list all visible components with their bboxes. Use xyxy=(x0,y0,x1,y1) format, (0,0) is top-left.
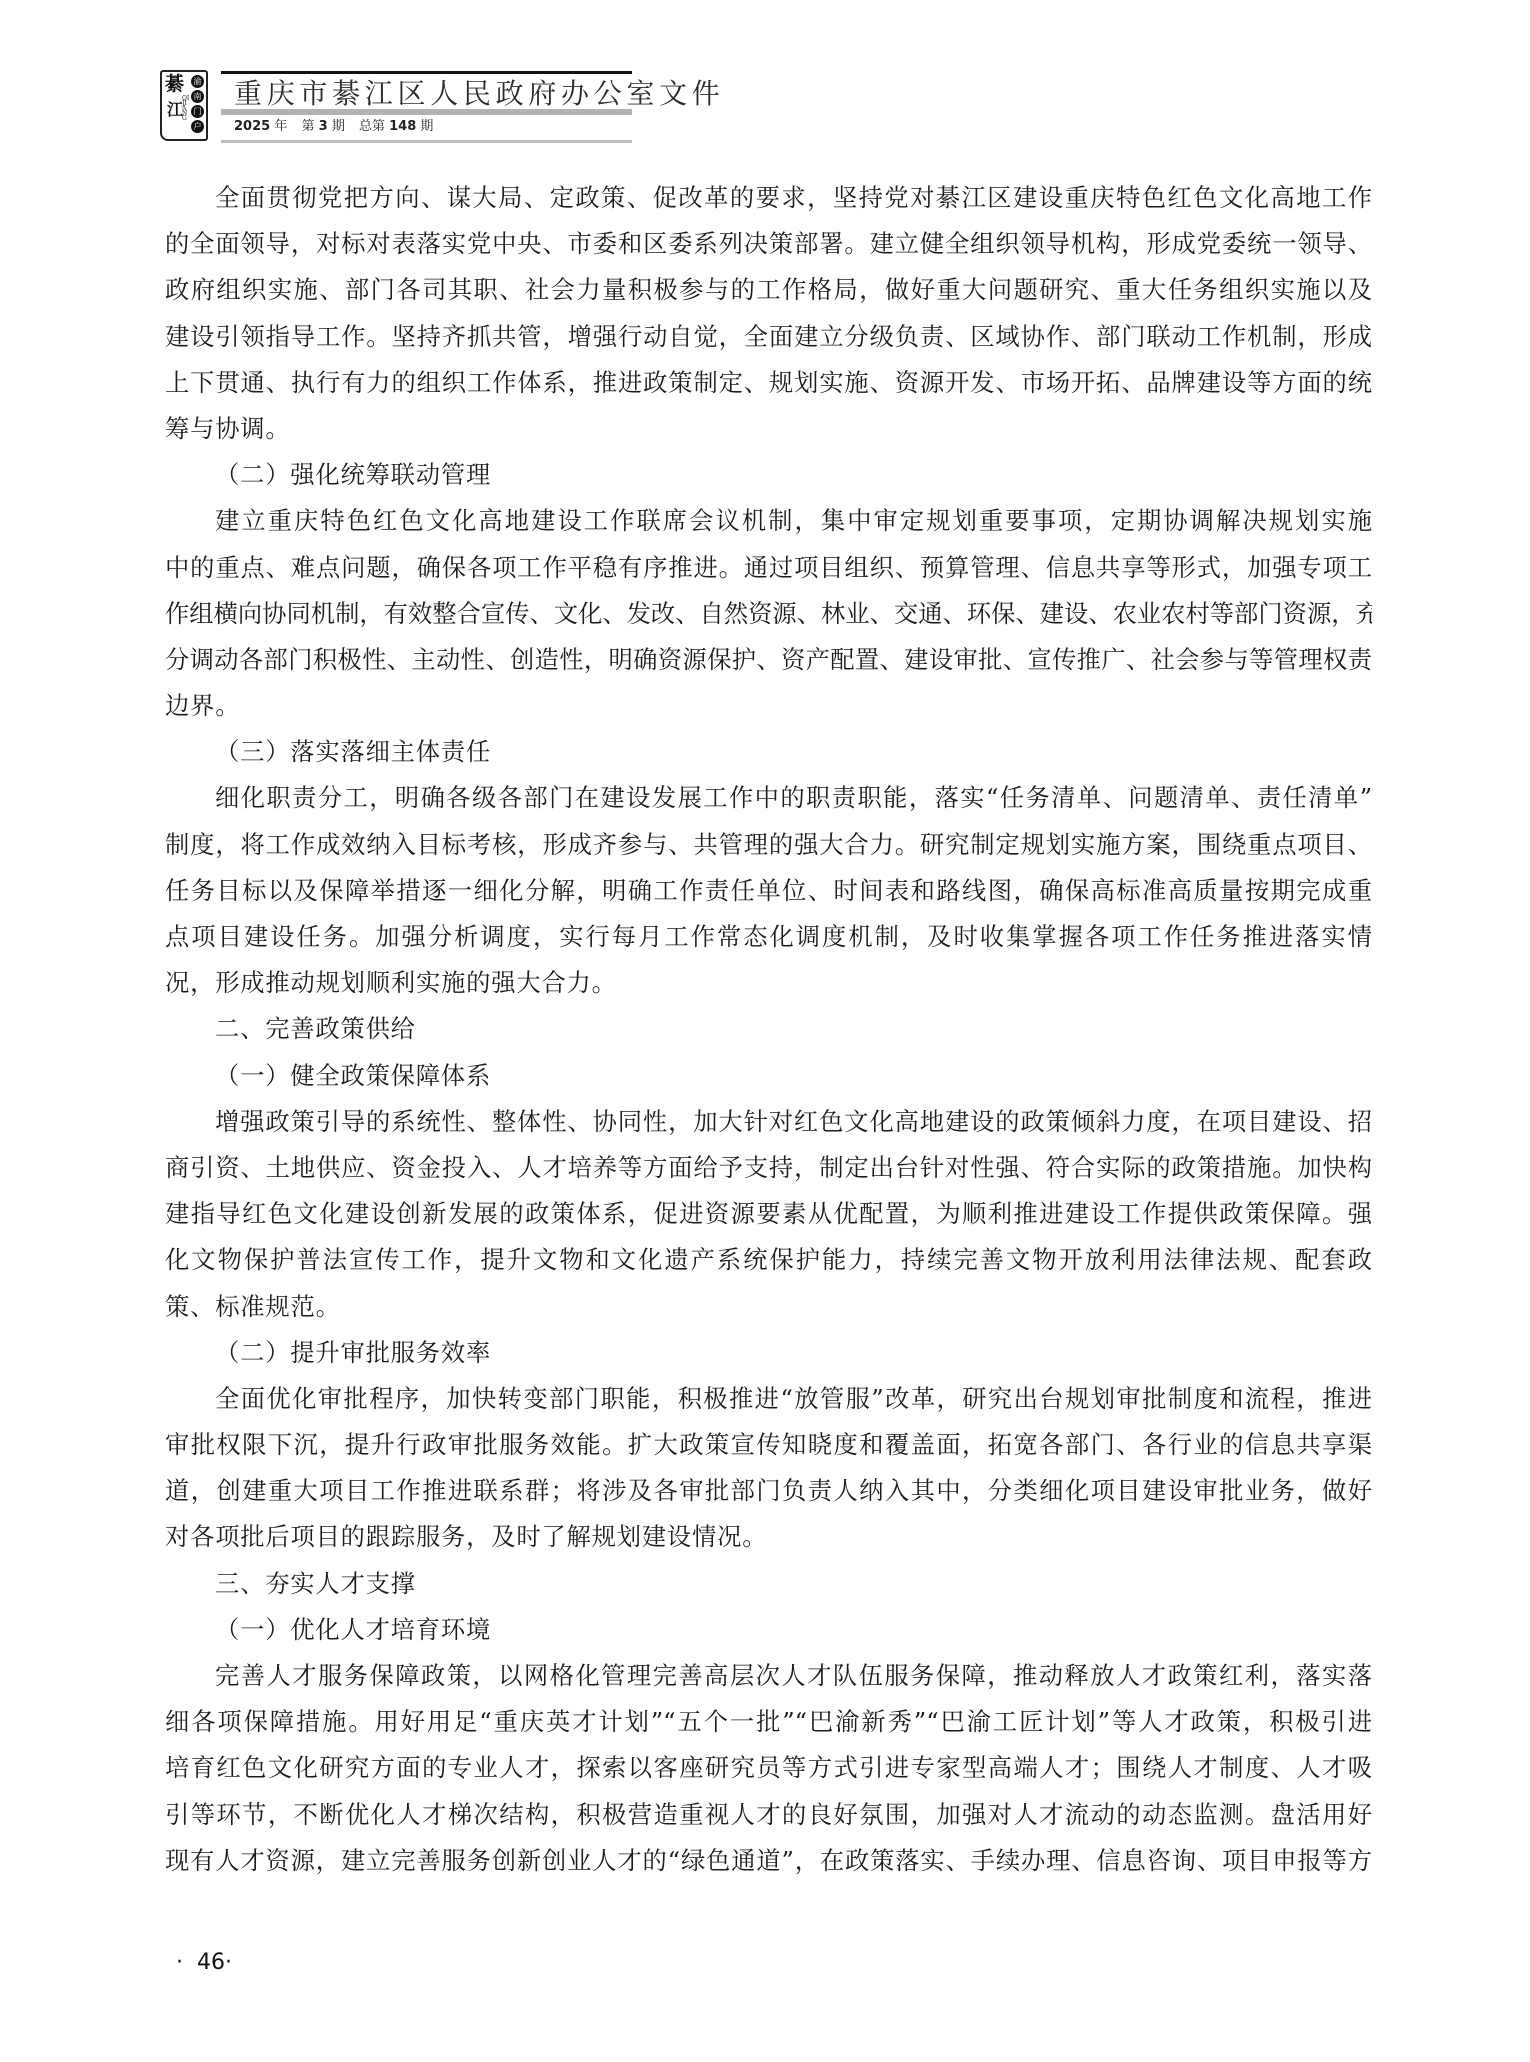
logo-char-qi: 綦 xyxy=(165,75,184,94)
body-line: 点项目建设任务。加强分析调度，实行每月工作常态化调度机制，及时收集掌握各项工作任… xyxy=(165,920,1372,966)
logo-circle-char: 户 xyxy=(191,120,204,133)
body-line: 建设引领指导工作。坚持齐抓共管，增强行动自觉，全面建立分级负责、区域协作、部门联… xyxy=(165,320,1372,366)
logo-circle-char: 南 xyxy=(191,90,204,103)
section-heading: 二、完善政策供给 xyxy=(165,1012,1372,1058)
body-line: 化文物保护普法宣传工作，提升文物和文化遗产系统保护能力，持续完善文物开放利用法律… xyxy=(165,1243,1372,1289)
logo-circle-char: 渝 xyxy=(191,75,204,88)
header-top-rule xyxy=(221,71,632,74)
body-line: 任务目标以及保障举措逐一细化分解，明确工作责任单位、时间表和路线图，确保高标准高… xyxy=(165,874,1372,920)
body-line: 增强政策引导的系统性、整体性、协同性，加大针对红色文化高地建设的政策倾斜力度，在… xyxy=(165,1105,1372,1151)
issue-number: 第 3 期 xyxy=(301,119,344,134)
body-line: 策、标准规范。 xyxy=(165,1290,1372,1336)
issue-unit: 期 xyxy=(332,119,345,134)
header-gray-bar xyxy=(221,109,632,115)
qijiang-logo: 綦 江 QIJIANG 渝 南 门 户 xyxy=(160,70,208,141)
total-unit: 期 xyxy=(420,119,433,134)
issue-info: 2025 年 第 3 期 总第 148 期 xyxy=(234,119,443,135)
body-line: 的全面领导，对标对表落实党中央、市委和区委系列决策部署。建立健全组织领导机构，形… xyxy=(165,227,1372,273)
page-number: · 46· xyxy=(176,1948,232,1978)
header-bottom-rule xyxy=(221,140,632,143)
body-line: 筹与协调。 xyxy=(165,412,1372,458)
body-line: 中的重点、难点问题，确保各项工作平稳有序推进。通过项目组织、预算管理、信息共享等… xyxy=(165,551,1372,597)
body-line: 政府组织实施、部门各司其职、社会力量积极参与的工作格局，做好重大问题研究、重大任… xyxy=(165,273,1372,319)
body-line: 建立重庆特色红色文化高地建设工作联席会议机制，集中审定规划重要事项，定期协调解决… xyxy=(165,504,1372,550)
body-line: 建指导红色文化建设创新发展的政策体系，促进资源要素从优配置，为顺利推进建设工作提… xyxy=(165,1197,1372,1243)
logo-latin-text: QIJIANG xyxy=(182,96,190,121)
body-line: 商引资、土地供应、资金投入、人才培养等方面给予支持，制定出台针对性强、符合实际的… xyxy=(165,1151,1372,1197)
body-line: 上下贯通、执行有力的组织工作体系，推进政策制定、规划实施、资源开发、市场开拓、品… xyxy=(165,366,1372,412)
body-line: 完善人才服务保障政策，以网格化管理完善高层次人才队伍服务保障，推动释放人才政策红… xyxy=(165,1659,1372,1705)
body-line: 引等环节，不断优化人才梯次结构，积极营造重视人才的良好氛围，加强对人才流动的动态… xyxy=(165,1798,1372,1844)
section-heading: 三、夯实人才支撑 xyxy=(165,1567,1372,1613)
body-line: 培育红色文化研究方面的专业人才，探索以客座研究员等方式引进专家型高端人才；围绕人… xyxy=(165,1751,1372,1797)
body-line: 对各项批后项目的跟踪服务，及时了解规划建设情况。 xyxy=(165,1520,1372,1566)
section-heading: （一）健全政策保障体系 xyxy=(165,1059,1372,1105)
body-line: 分调动各部门积极性、主动性、创造性，明确资源保护、资产配置、建设审批、宣传推广、… xyxy=(165,643,1372,689)
body-line: 细化职责分工，明确各级各部门在建设发展工作中的职责职能，落实“任务清单、问题清单… xyxy=(165,781,1372,827)
body-line: 细各项保障措施。用好用足“重庆英才计划”“五个一批”“巴渝新秀”“巴渝工匠计划”… xyxy=(165,1705,1372,1751)
body-line: 审批权限下沉，提升行政审批服务效能。扩大政策宣传知晓度和覆盖面，拓宽各部门、各行… xyxy=(165,1428,1372,1474)
body-line: 作组横向协同机制，有效整合宣传、文化、发改、自然资源、林业、交通、环保、建设、农… xyxy=(165,597,1372,643)
issue-year-unit: 年 xyxy=(274,119,287,134)
body-line: 道，创建重大项目工作推进联系群；将涉及各审批部门负责人纳入其中，分类细化项目建设… xyxy=(165,1474,1372,1520)
issue-number-value: 3 xyxy=(319,119,328,134)
issue-total: 总第 148 期 xyxy=(359,119,433,134)
section-heading: （一）优化人才培育环境 xyxy=(165,1613,1372,1659)
body-line: 全面贯彻党把方向、谋大局、定政策、促改革的要求，坚持党对綦江区建设重庆特色红色文… xyxy=(165,181,1372,227)
total-prefix: 总第 xyxy=(359,119,385,134)
section-heading: （三）落实落细主体责任 xyxy=(165,735,1372,781)
document-body: 全面贯彻党把方向、谋大局、定政策、促改革的要求，坚持党对綦江区建设重庆特色红色文… xyxy=(165,181,1372,1890)
total-number-value: 148 xyxy=(389,119,416,134)
body-line: 现有人才资源，建立完善服务创新创业人才的“绿色通道”，在政策落实、手续办理、信息… xyxy=(165,1844,1372,1890)
issue-year-number: 2025 xyxy=(234,119,270,134)
publication-title: 重庆市綦江区人民政府办公室文件 xyxy=(234,78,725,110)
logo-circle-char: 门 xyxy=(191,105,204,118)
issue-prefix: 第 xyxy=(301,119,314,134)
body-line: 边界。 xyxy=(165,689,1372,735)
body-line: 况，形成推动规划顺利实施的强大合力。 xyxy=(165,966,1372,1012)
logo-circle-column: 渝 南 门 户 xyxy=(191,75,204,135)
section-heading: （二）强化统筹联动管理 xyxy=(165,458,1372,504)
issue-year: 2025 年 xyxy=(234,119,287,134)
body-line: 制度，将工作成效纳入目标考核，形成齐参与、共管理的强大合力。研究制定规划实施方案… xyxy=(165,828,1372,874)
logo-char-jiang: 江 xyxy=(167,102,183,118)
section-heading: （二）提升审批服务效率 xyxy=(165,1336,1372,1382)
body-line: 全面优化审批程序，加快转变部门职能，积极推进“放管服”改革，研究出台规划审批制度… xyxy=(165,1382,1372,1428)
